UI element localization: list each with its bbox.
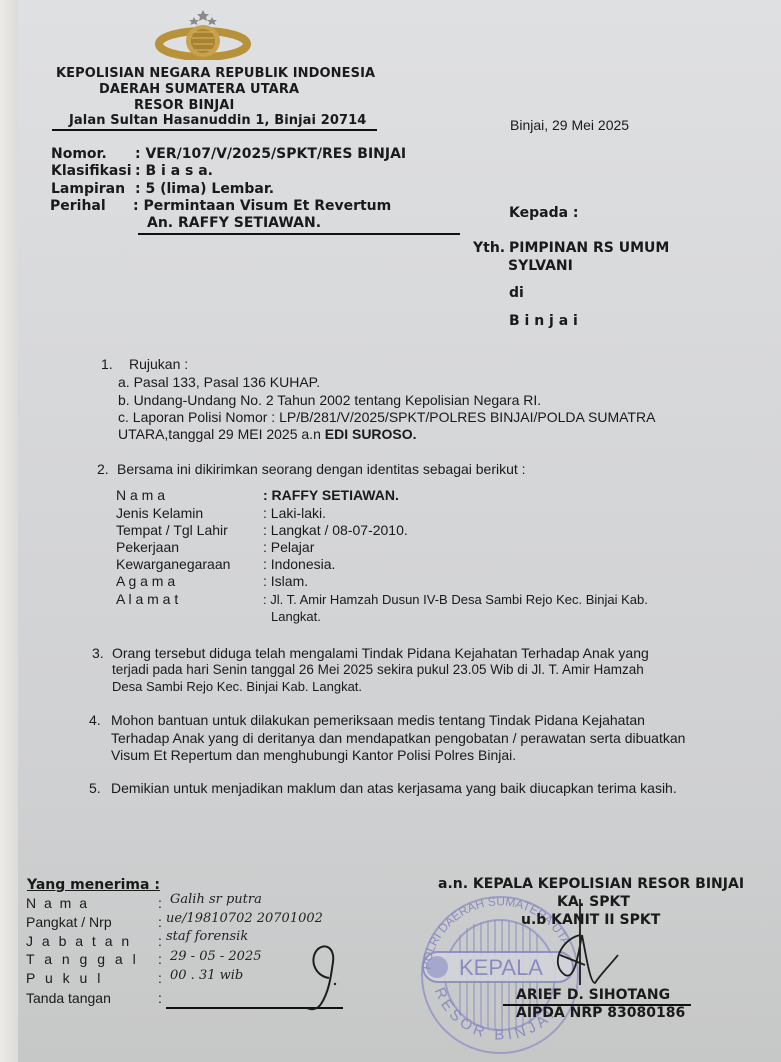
recipient-yth: Yth. (473, 240, 505, 256)
identity-value-nama: : RAFFY SETIAWAN. (263, 487, 399, 503)
receiver-heading: Yang menerima : (27, 877, 160, 893)
section1-item-a: a. Pasal 133, Pasal 136 KUHAP. (118, 374, 320, 390)
identity-value-ttl: : Langkat / 08-07-2010. (263, 522, 408, 538)
signatory-line1: a.n. KEPALA KEPOLISIAN RESOR BINJAI (438, 876, 744, 892)
receiver-handwritten-nama: Galih sr putra (170, 892, 262, 907)
police-emblem-icon (155, 8, 251, 60)
place-date: Binjai, 29 Mei 2025 (510, 117, 629, 133)
recipient-city: B i n j a i (509, 313, 578, 329)
section1-item-c-reporter: EDI SUROSO. (325, 426, 417, 442)
identity-label-jenis-kelamin: Jenis Kelamin (116, 505, 203, 521)
perihal-value: : Permintaan Visum Et Revertum (133, 198, 391, 214)
lampiran-label: Lampiran (51, 181, 125, 197)
receiver-handwritten-tanggal: 29 - 05 - 2025 (170, 949, 261, 964)
receiver-label-pukul: P u k u l (26, 970, 103, 986)
section2-intro: Bersama ini dikirimkan seorang dengan id… (117, 461, 526, 477)
identity-value-alamat-line2: Langkat. (271, 609, 321, 624)
receiver-colon-tanggal: : (158, 951, 162, 967)
section5-text: Demikian untuk menjadikan maklum dan ata… (111, 780, 677, 796)
receiver-label-tanggal: T a n g g a l (26, 951, 139, 967)
section1-item-c: c. Laporan Polisi Nomor : LP/B/281/V/202… (118, 409, 655, 425)
section3-line1: Orang tersebut diduga telah mengalami Ti… (112, 645, 649, 661)
nomor-label: Nomor. (51, 146, 107, 162)
identity-label-nama: N a m a (116, 487, 165, 503)
receiver-handwritten-pangkat: ue/19810702 20701002 (166, 911, 323, 926)
identity-value-agama: : Islam. (263, 573, 308, 589)
identity-label-alamat: A l a m a t (116, 591, 178, 607)
perihal-value-name: An. RAFFY SETIAWAN. (147, 215, 321, 231)
perihal-underline (138, 233, 460, 235)
nomor-value: : VER/107/V/2025/SPKT/RES BINJAI (135, 146, 406, 162)
identity-value-pekerjaan: : Pelajar (263, 539, 314, 555)
klasifikasi-value: : B i a s a. (135, 163, 213, 179)
letterhead-line1: KEPOLISIAN NEGARA REPUBLIK INDONESIA (56, 66, 375, 81)
identity-label-ttl: Tempat / Tgl Lahir (116, 522, 228, 538)
letterhead-line2: DAERAH SUMATERA UTARA (99, 82, 299, 97)
section2-number: 2. (97, 461, 109, 477)
receiver-label-pangkat: Pangkat / Nrp (26, 914, 112, 930)
letterhead-underline (52, 129, 377, 131)
svg-text:KEPALA: KEPALA (459, 955, 543, 980)
identity-label-kewarganegaraan: Kewarganegaraan (116, 556, 230, 572)
signatory-rank: AIPDA NRP 83080186 (516, 1005, 685, 1021)
identity-value-alamat: : Jl. T. Amir Hamzah Dusun IV-B Desa Sam… (263, 592, 648, 607)
receiver-handwritten-pukul: 00 . 31 wib (170, 968, 243, 983)
signatory-signature-icon (540, 895, 620, 990)
recipient-name2: SYLVANI (508, 258, 573, 274)
signatory-name: ARIEF D. SIHOTANG (516, 987, 670, 1003)
perihal-label: Perihal (50, 198, 106, 214)
section3-number: 3. (92, 645, 104, 661)
recipient-name1: PIMPINAN RS UMUM (509, 240, 669, 256)
section1-item-b: b. Undang-Undang No. 2 Tahun 2002 tentan… (118, 392, 541, 408)
receiver-signature-icon (295, 940, 345, 1012)
section1-title: Rujukan : (129, 356, 188, 372)
receiver-colon-tanda-tangan: : (158, 990, 162, 1006)
section1-item-c-line2: UTARA,tanggal 29 MEI 2025 a.n EDI SUROSO… (118, 426, 417, 442)
section4-number: 4. (89, 712, 101, 728)
receiver-colon-pukul: : (158, 970, 162, 986)
section3-line2: terjadi pada hari Senin tanggal 26 Mei 2… (112, 662, 644, 677)
receiver-colon-nama: : (158, 895, 162, 911)
receiver-colon-jabatan: : (158, 933, 162, 949)
lampiran-value: : 5 (lima) Lembar. (135, 181, 274, 197)
section4-line3: Visum Et Repertum dan menghubungi Kantor… (111, 747, 516, 763)
recipient-di: di (509, 285, 524, 301)
identity-label-pekerjaan: Pekerjaan (116, 539, 179, 555)
section3-line3: Desa Sambi Rejo Kec. Binjai Kab. Langkat… (112, 679, 362, 694)
paper-edge (0, 0, 18, 1062)
letterhead-address: Jalan Sultan Hasanuddin 1, Binjai 20714 (69, 113, 366, 128)
receiver-colon-pangkat: : (158, 914, 162, 930)
section5-number: 5. (89, 780, 101, 796)
receiver-label-tanda-tangan: Tanda tangan (26, 990, 111, 1006)
section1-item-c-text: UTARA,tanggal 29 MEI 2025 a.n (118, 426, 325, 442)
identity-label-agama: A g a m a (116, 573, 175, 589)
section4-line2: Terhadap Anak yang di deritanya dan mend… (111, 730, 685, 746)
identity-value-kewarganegaraan: : Indonesia. (263, 556, 335, 572)
klasifikasi-label: Klasifikasi (51, 163, 132, 179)
letterhead-line3: RESOR BINJAI (134, 98, 234, 113)
receiver-label-nama: N a m a (26, 895, 89, 911)
identity-value-jenis-kelamin: : Laki-laki. (263, 505, 326, 521)
section1-number: 1. (101, 356, 113, 372)
receiver-handwritten-jabatan: staf forensik (166, 929, 248, 944)
receiver-label-jabatan: J a b a t a n (26, 933, 132, 949)
section4-line1: Mohon bantuan untuk dilakukan pemeriksaa… (111, 712, 645, 728)
kepada-label: Kepada : (509, 205, 579, 221)
